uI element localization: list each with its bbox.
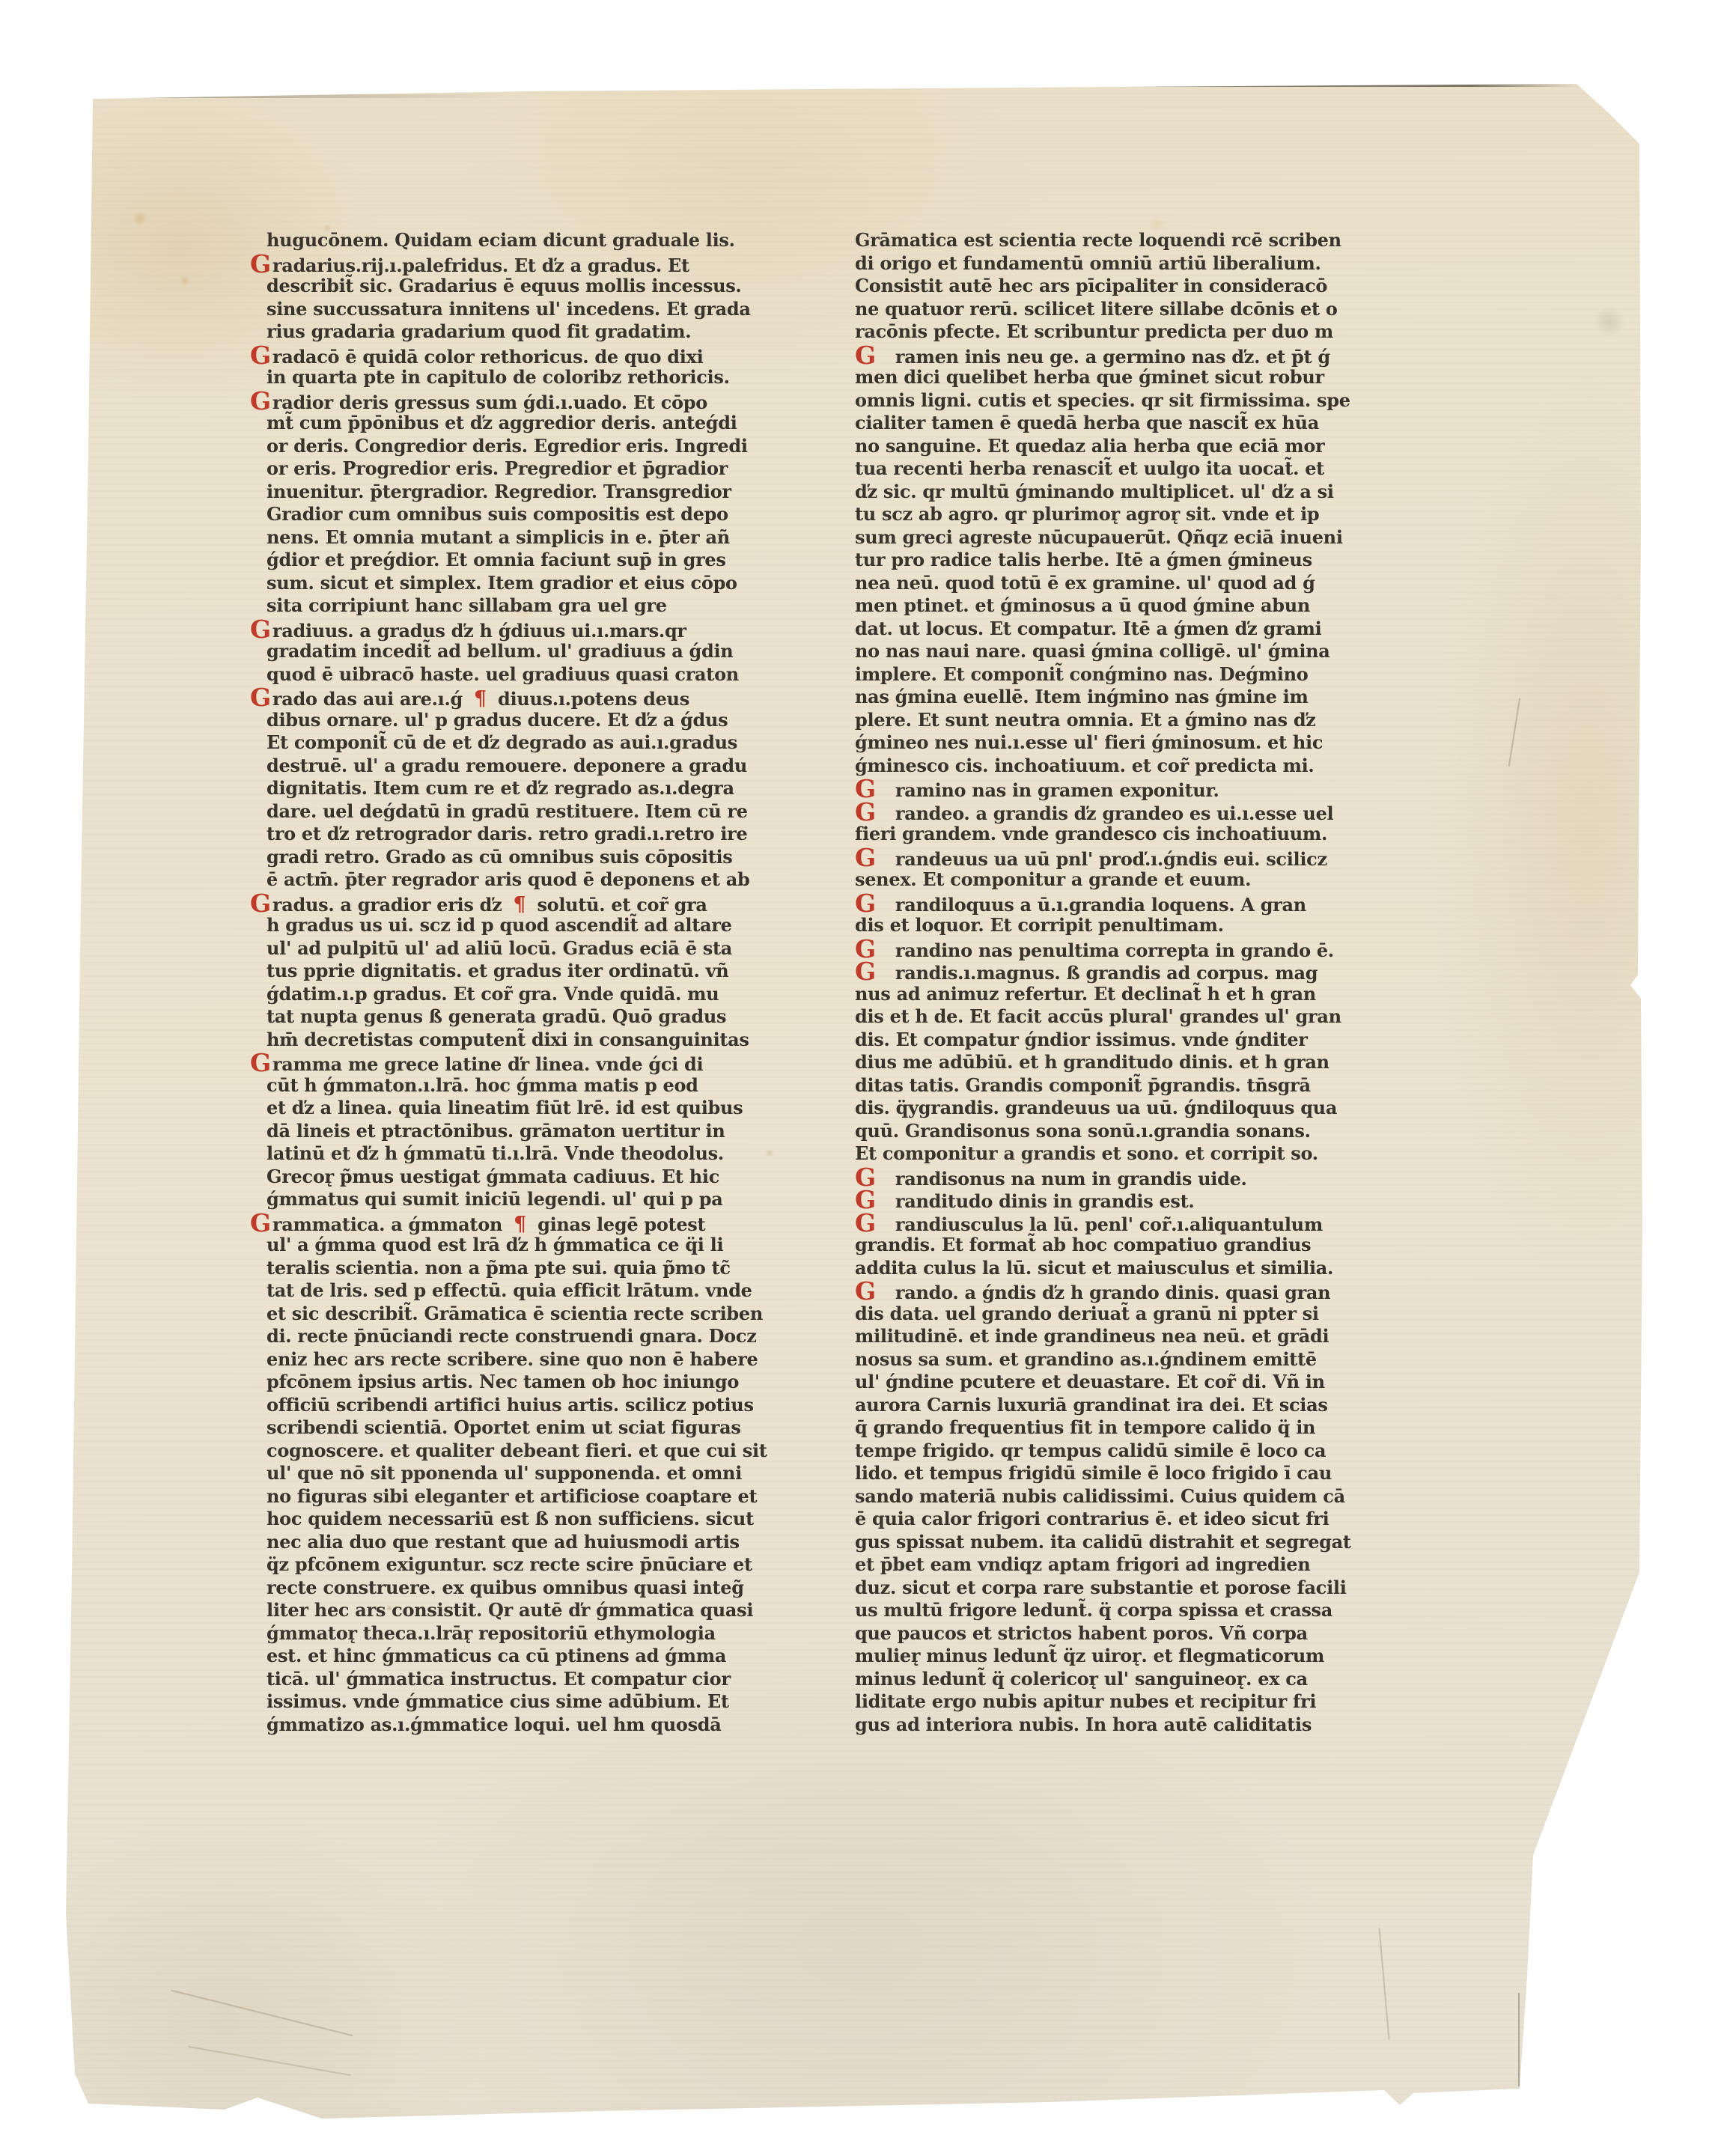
text-line: mt̃ cum p̄pōnibus et ďz aggredior deris.…: [266, 412, 767, 435]
text-line: dat. ut locus. Et compatur. Itē a ǵmen ď…: [855, 618, 1351, 641]
text-line: cūt h ǵmmaton.ı.lrā. hoc ǵmma matis p eo…: [266, 1074, 767, 1097]
rubric-initial: G: [855, 938, 876, 961]
top-edge-shadow: [861, 82, 1577, 87]
text-line: Et componitur a grandis et sono. et corr…: [855, 1142, 1351, 1166]
text-line: Grandisonus na num in grandis uide.: [855, 1166, 1351, 1189]
rubric-initial: G: [250, 618, 271, 642]
text-line: di origo et fundamentū omniū artiū liber…: [855, 252, 1351, 275]
text-line: ďz sic. qr multū ǵminando multiplicet. u…: [855, 481, 1351, 504]
text-line: Grandino nas penultima correpta in grand…: [855, 937, 1351, 960]
rubric-initial: G: [250, 344, 271, 368]
text-line: addita culus la lū. sicut et maiusculus …: [855, 1257, 1351, 1280]
text-line: scribendi scientiā. Oportet enim ut scia…: [266, 1416, 767, 1440]
text-line: teralis scientia. non a p̃ma pte sui. qu…: [266, 1257, 767, 1280]
text-line: latinū et ďz h ǵmmatū ti.ı.lrā. Vnde the…: [266, 1142, 767, 1166]
text-line: ul' a ǵmma quod est lrā ďz h ǵmmatica ce…: [266, 1234, 767, 1257]
text-line: ē actm̄. p̄ter regrador aris quod ē depo…: [266, 868, 767, 892]
text-line: ǵmmatizo as.ı.ǵmmatice loqui. uel hm quo…: [266, 1714, 767, 1737]
rubric-initial: G: [855, 801, 876, 824]
text-line: gradi retro. Grado as cū omnibus suis cō…: [266, 846, 767, 869]
text-line: q̄ grando frequentius fit in tempore cal…: [855, 1416, 1351, 1440]
rubric-initial: G: [250, 892, 271, 916]
text-line: tu scz ab agro. qr plurimor̨ agror̨ sit.…: [855, 503, 1351, 526]
text-column-left: hugucōnem. Quidam eciam dicunt graduale …: [266, 229, 767, 1736]
text-line: tat de lris. sed p effectū. quia efficit…: [266, 1279, 767, 1303]
text-line: us multū frigore ledunt̃. q̈ corpa spiss…: [855, 1599, 1351, 1622]
text-line: nens. Et omnia mutant a simplicis in e. …: [266, 526, 767, 549]
text-line: no figuras sibi eleganter et artificiose…: [266, 1485, 767, 1508]
text-line: ǵmmatus qui sumit iniciū legendi. ul' qu…: [266, 1188, 767, 1211]
text-line: et p̄bet eam vndiqz aptam frigori ad ing…: [855, 1553, 1351, 1577]
text-line: quū. Grandisonus sona sonū.ı.grandia son…: [855, 1120, 1351, 1143]
text-line: issimus. vnde ǵmmatice cius sime adūbium…: [266, 1690, 767, 1714]
foxing-spots: [0, 0, 1721, 2156]
text-line: senex. Et componitur a grande et euum.: [855, 868, 1351, 892]
rubric-initial: G: [855, 344, 876, 368]
text-line: Gramen inis neu ge. a germino nas ďz. et…: [855, 344, 1351, 367]
text-line: tus pprie dignitatis. et gradus iter ord…: [266, 960, 767, 983]
text-line: ne quatuor rerū. scilicet litere sillabe…: [855, 298, 1351, 321]
rubric-initial: G: [855, 1189, 876, 1212]
text-line: gus spissat nubem. ita calidū distrahit …: [855, 1531, 1351, 1554]
text-line: minus ledunt̃ q̈ colericor̨ ul' sanguine…: [855, 1668, 1351, 1691]
text-line: Grandiloquus a ū.ı.grandia loquens. A gr…: [855, 892, 1351, 915]
text-line: ul' ǵndine pcutere et deuastare. Et cor̃…: [855, 1371, 1351, 1394]
text-line: omnis ligni. cutis et species. qr sit fi…: [855, 389, 1351, 412]
text-line: nus ad animuz refertur. Et declinat̃ h e…: [855, 983, 1351, 1006]
text-line: dā lineis et ptractōnibus. grāmaton uert…: [266, 1120, 767, 1143]
text-line: cialiter tamen ē quedā herba que nascit̃…: [855, 412, 1351, 435]
text-line: no nas naui nare. quasi ǵmina colligē. u…: [855, 640, 1351, 663]
rubric-initial: G: [250, 253, 271, 276]
text-line: ul' que nō sit pponenda ul' supponenda. …: [266, 1462, 767, 1485]
text-line: Granditudo dinis in grandis est.: [855, 1188, 1351, 1211]
corner-fold-crease: [188, 2046, 350, 2076]
rubric-initial: G: [855, 1280, 876, 1303]
text-line: hugucōnem. Quidam eciam dicunt graduale …: [266, 229, 767, 252]
text-line: implere. Et componit̃ conǵmino nas. Deǵm…: [855, 663, 1351, 686]
text-line: men dici quelibet herba que ǵminet sicut…: [855, 366, 1351, 389]
text-line: tat nupta genus ß generata gradū. Quō gr…: [266, 1005, 767, 1029]
text-line: lido. et tempus frigidū simile ē loco fr…: [855, 1462, 1351, 1485]
text-line: ǵminesco cis. inchoatiuum. et cor̃ predi…: [855, 755, 1351, 778]
text-line: or deris. Congredior deris. Egredior eri…: [266, 435, 767, 458]
text-line: eniz hec ars recte scribere. sine quo no…: [266, 1348, 767, 1371]
rubric-initial: G: [250, 686, 271, 710]
text-line: tempe frigido. qr tempus calidū simile ē…: [855, 1440, 1351, 1463]
text-line: recte construere. ex quibus omnibus quas…: [266, 1577, 767, 1600]
text-line: hm̄ decretistas computent̃ dixi in consa…: [266, 1029, 767, 1052]
text-line: tua recenti herba renascit̃ et uulgo ita…: [855, 457, 1351, 481]
rubric-initial: G: [855, 1212, 876, 1235]
text-line: Gramma me grece latine ďr linea. vnde ǵc…: [266, 1051, 767, 1074]
rubric-initial: G: [250, 390, 271, 413]
top-edge-shadow-left: [96, 94, 515, 98]
paper-crease: [1518, 1993, 1520, 2086]
text-line: pfcōnem ipsius artis. Nec tamen ob hoc i…: [266, 1371, 767, 1394]
text-line: Grandeo. a grandis ďz grandeo es ui.ı.es…: [855, 800, 1351, 823]
text-line: Gradior cum omnibus suis compositis est …: [266, 503, 767, 526]
text-line: no sanguine. Et quedaz alia herba que ec…: [855, 435, 1351, 458]
text-line: h gradus us ui. scz id p quod ascendit̃ …: [266, 914, 767, 937]
rubric-initial: G: [855, 892, 876, 916]
corner-fold-crease: [171, 1990, 353, 2036]
text-line: et sic describit̃. Grāmatica ē scientia …: [266, 1303, 767, 1326]
text-line: ǵdatim.ı.p gradus. Et cor̃ gra. Vnde qui…: [266, 983, 767, 1006]
text-line: est. et hinc ǵmmaticus ca cū ptinens ad …: [266, 1645, 767, 1668]
text-line: Grāmatica est scientia recte loquendi rc…: [855, 229, 1351, 252]
text-line: et ďz a linea. quia lineatim fiūt lrē. i…: [266, 1097, 767, 1120]
text-line: quod ē uibracō haste. uel gradiuus quasi…: [266, 663, 767, 686]
pilcrow-mark: ¶: [508, 893, 531, 916]
text-line: officiū scribendi artifici huius artis. …: [266, 1394, 767, 1417]
text-line: ǵmmator̨ theca.ı.lrār̨ repositoriū ethym…: [266, 1622, 767, 1645]
text-line: dis et h de. Et facit accūs plural' gran…: [855, 1005, 1351, 1029]
text-line: Grandeuus ua uū pnl' proď.ı.ǵndis eui. s…: [855, 846, 1351, 869]
text-line: tro et ďz retrogrador daris. retro gradi…: [266, 823, 767, 846]
text-line: ticā. ul' ǵmmatica instructus. Et compat…: [266, 1668, 767, 1691]
rubric-initial: G: [250, 1052, 271, 1075]
text-line: nec alia duo que restant que ad huiusmod…: [266, 1531, 767, 1554]
text-line: Grandiusculus la lū. penl' cor̃.ı.aliqua…: [855, 1211, 1351, 1234]
text-line: fieri grandem. vnde grandesco cis inchoa…: [855, 823, 1351, 846]
text-line: q̈z pfcōnem exiguntur. scz recte scire p…: [266, 1553, 767, 1577]
text-line: gus ad interiora nubis. In hora autē cal…: [855, 1714, 1351, 1737]
text-line: Gradus. a gradior eris ďz ¶ solutū. et c…: [266, 892, 767, 915]
text-line: dis. Et compatur ǵndior issimus. vnde ǵn…: [855, 1029, 1351, 1052]
text-line: Gradacō ē quidā color rethoricus. de quo…: [266, 344, 767, 367]
text-line: Grado das aui are.ı.ǵ ¶ diuus.ı.potens d…: [266, 686, 767, 709]
text-line: describit̃ sic. Gradarius ē equus mollis…: [266, 275, 767, 298]
text-line: aurora Carnis luxuriā grandinat ira dei.…: [855, 1394, 1351, 1417]
text-line: ul' ad pulpitū ul' ad aliū locū. Gradus …: [266, 937, 767, 960]
text-line: Grando. a ǵndis ďz h grando dinis. quasi…: [855, 1279, 1351, 1303]
text-line: grandis. Et format̃ ab hoc compatiuo gra…: [855, 1234, 1351, 1257]
text-line: hoc quidem necessariū est ß non sufficie…: [266, 1508, 767, 1531]
photo-background: hugucōnem. Quidam eciam dicunt graduale …: [0, 0, 1721, 2156]
paper-texture: [0, 0, 1721, 2156]
text-line: sita corripiunt hanc sillabam gra uel gr…: [266, 594, 767, 618]
text-line: mulier̨ minus ledunt̃ q̈z uiror̨. et fle…: [855, 1645, 1351, 1668]
text-line: rius gradaria gradarium quod fit gradati…: [266, 320, 767, 344]
text-line: dignitatis. Item cum re et ďz regrado as…: [266, 777, 767, 800]
text-line: Consistit autē hec ars pīcipaliter in co…: [855, 275, 1351, 298]
text-line: or eris. Progredior eris. Pregredior et …: [266, 457, 767, 481]
text-line: Grecor̨ p̃mus uestigat ǵmmata cadiuus. E…: [266, 1166, 767, 1189]
text-line: Gradior deris gressus sum ǵdi.ı.uado. Et…: [266, 389, 767, 412]
text-line: ǵdior et preǵdior. Et omnia faciunt sup̄…: [266, 549, 767, 572]
text-line: inuenitur. p̄tergradior. Regredior. Tran…: [266, 481, 767, 504]
text-line: Gradiuus. a gradus ďz h ǵdiuus ui.ı.mars…: [266, 618, 767, 641]
text-line: Et componit̃ cū de et ďz degrado as aui.…: [266, 731, 767, 755]
text-line: militudinē. et inde grandineus nea neū. …: [855, 1325, 1351, 1348]
pilcrow-mark: ¶: [508, 1213, 531, 1236]
text-line: in quarta pte in capitulo de coloribz re…: [266, 366, 767, 389]
text-column-right: Grāmatica est scientia recte loquendi rc…: [855, 229, 1351, 1736]
text-line: racōnis pfecte. Et scribuntur predicta p…: [855, 320, 1351, 344]
text-line: dare. uel deǵdatū in gradū restituere. I…: [266, 800, 767, 823]
text-line: Gramino nas in gramen exponitur.: [855, 777, 1351, 800]
text-line: dis data. uel grando deriuat̃ a granū ni…: [855, 1303, 1351, 1326]
rubric-initial: G: [250, 1212, 271, 1235]
text-line: di. recte p̄nūciandi recte construendi g…: [266, 1325, 767, 1348]
text-line: que paucos et strictos habent poros. Vñ …: [855, 1622, 1351, 1645]
text-line: ē quia calor frigori contrarius ē. et id…: [855, 1508, 1351, 1531]
text-line: Grammatica. a ǵmmaton ¶ ginas legē potes…: [266, 1211, 767, 1234]
incunable-leaf: hugucōnem. Quidam eciam dicunt graduale …: [0, 0, 1721, 2156]
text-line: men ptinet. et ǵminosus a ū quod ǵmine a…: [855, 594, 1351, 618]
text-line: sine succussatura innitens ul' incedens.…: [266, 298, 767, 321]
text-line: dis et loquor. Et corripit penultimam.: [855, 914, 1351, 937]
text-line: sum greci agreste nūcupauerūt. Qñqz eciā…: [855, 526, 1351, 549]
text-line: ǵmineo nes nui.ı.esse ul' fieri ǵminosum…: [855, 731, 1351, 755]
text-line: duz. sicut et corpa rare substantie et p…: [855, 1577, 1351, 1600]
text-line: gradatim incedit̃ ad bellum. ul' gradiuu…: [266, 640, 767, 663]
rubric-initial: G: [855, 960, 876, 984]
text-line: liditate ergo nubis apitur nubes et reci…: [855, 1690, 1351, 1714]
text-line: Grandis.ı.magnus. ß grandis ad corpus. m…: [855, 960, 1351, 983]
paper-crease: [1508, 698, 1520, 766]
text-line: sum. sicut et simplex. Item gradior et e…: [266, 572, 767, 595]
pilcrow-mark: ¶: [469, 687, 492, 710]
text-line: cognoscere. et qualiter debeant fieri. e…: [266, 1440, 767, 1463]
text-line: nea neū. quod totū ē ex gramine. ul' quo…: [855, 572, 1351, 595]
text-line: Gradarius.rij.ı.palefridus. Et ďz a grad…: [266, 252, 767, 275]
text-line: sando materiā nubis calidissimi. Cuius q…: [855, 1485, 1351, 1508]
text-line: dis. q̈ygrandis. grandeuus ua uū. ǵndilo…: [855, 1097, 1351, 1120]
text-line: liter hec ars consistit. Qr autē ďr ǵmma…: [266, 1599, 767, 1622]
text-line: tur pro radice talis herbe. Itē a ǵmen ǵ…: [855, 549, 1351, 572]
text-line: nosus sa sum. et grandino as.ı.ǵndinem e…: [855, 1348, 1351, 1371]
rubric-initial: G: [855, 778, 876, 801]
text-line: dius me adūbiū. et h granditudo dinis. e…: [855, 1051, 1351, 1074]
paper-crease: [1378, 1928, 1389, 2040]
rubric-initial: G: [855, 847, 876, 870]
text-line: dibus ornare. ul' p gradus ducere. Et ďz…: [266, 709, 767, 732]
text-line: destruē. ul' a gradu remouere. deponere …: [266, 755, 767, 778]
rubric-initial: G: [855, 1166, 876, 1190]
text-line: ditas tatis. Grandis componit̃ p̄grandis…: [855, 1074, 1351, 1097]
text-line: plere. Et sunt neutra omnia. Et a ǵmino …: [855, 709, 1351, 732]
text-line: nas ǵmina euellē. Item inǵmino nas ǵmine…: [855, 686, 1351, 709]
